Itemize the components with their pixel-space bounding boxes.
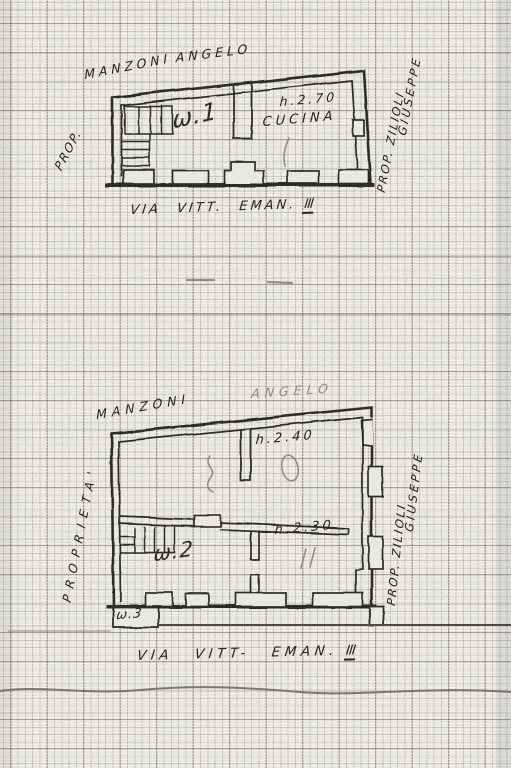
scanned-cadastral-floor-plan-page: PROP. MANZONI ANGELO h.2.70 CUCINA ω.1 P… [0,0,511,768]
upper-street-numeral: III [302,197,314,214]
lower-street-numeral: III [344,642,357,660]
lower-step-ink-mark: ω.3 [115,606,143,623]
